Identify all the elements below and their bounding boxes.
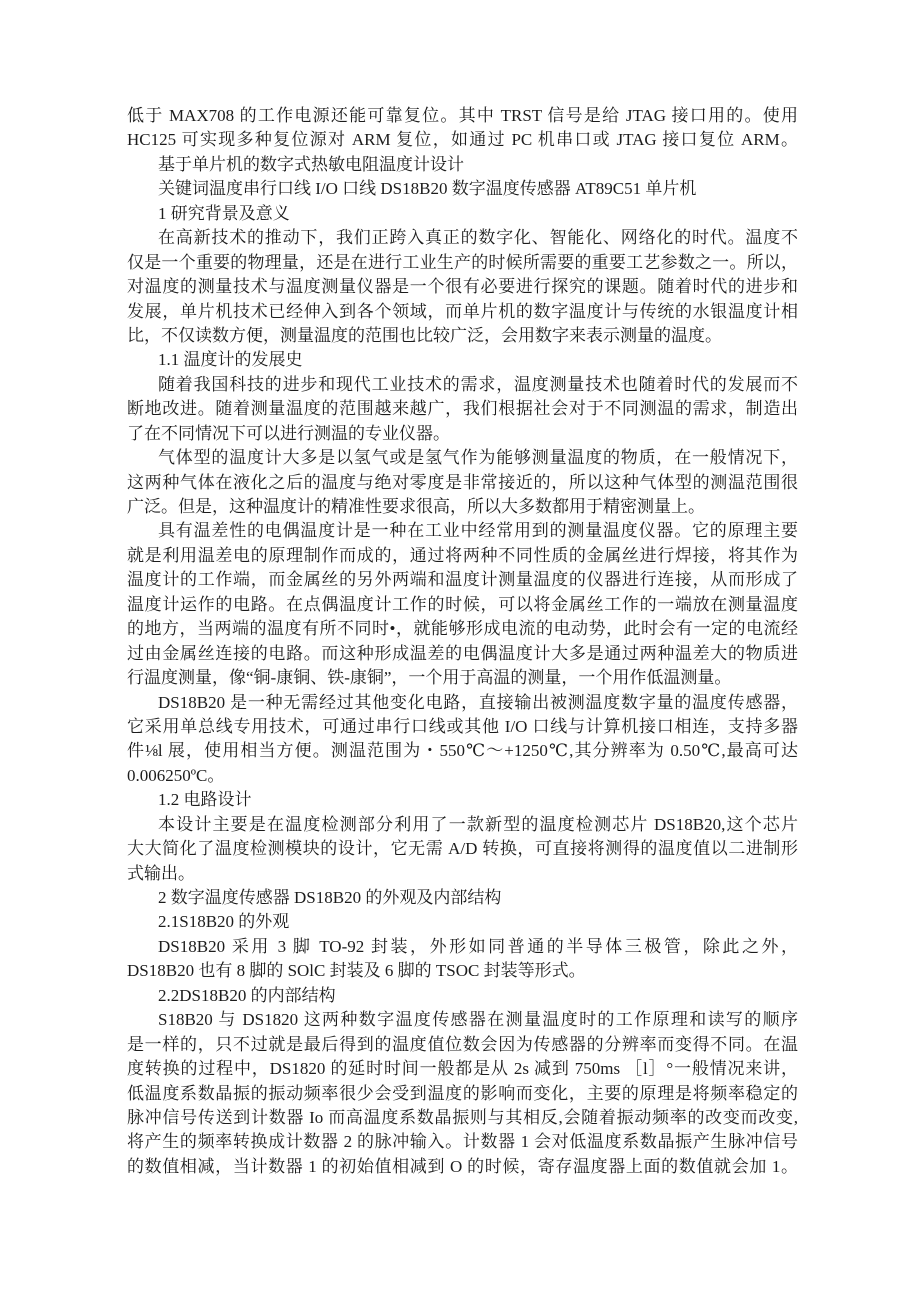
document-text-line: 它采用单总线专用技术，可通过串行口线或其他 I/O 口线与计算机接口相连，支持多… [127, 715, 798, 739]
document-text-line: 在高新技术的推动下，我们正跨入真正的数字化、智能化、网络化的时代。温度不 [127, 226, 798, 250]
document-text-line: DS18B20 也有 8 脚的 SOlC 封装及 6 脚的 TSOC 封装等形式… [127, 959, 798, 983]
document-text-line: 就是利用温差电的原理制作而成的，通过将两种不同性质的金属丝进行焊接，将其作为 [127, 544, 798, 568]
document-text-line: 件⅛l 展，使用相当方便。测温范围为・550℃～+1250℃,其分辨率为 0.5… [127, 739, 798, 763]
document-text-line: 气体型的温度计大多是以氢气或是氢气作为能够测量温度的物质，在一般情况下， [127, 446, 798, 470]
document-text-line: 的地方，当两端的温度有所不同时•，就能够形成电流的电动势，此时会有一定的电流经 [127, 617, 798, 641]
document-text-line: 具有温差性的电偶温度计是一种在工业中经常用到的测量温度仪器。它的原理主要 [127, 519, 798, 543]
document-text-line: 1 研究背景及意义 [127, 202, 798, 226]
document-text-line: 过由金属丝连接的电路。而这种形成温差的电偶温度计大多是通过两种温差大的物质进 [127, 642, 798, 666]
document-text-line: 2 数字温度传感器 DS18B20 的外观及内部结构 [127, 886, 798, 910]
document-text-line: DS18B20 采用 3 脚 TO-92 封装，外形如同普通的半导体三极管，除此… [127, 935, 798, 959]
document-text-line: 比，不仅读数方便，测量温度的范围也比较广泛，会用数字来表示测量的温度。 [127, 324, 798, 348]
document-text-line: 这两种气体在液化之后的温度与绝对零度是非常接近的，所以这种气体型的测温范围很 [127, 471, 798, 495]
document-text-line: 将产生的频率转换成计数器 2 的脉冲输入。计数器 1 会对低温度系数晶振产生脉冲… [127, 1130, 798, 1154]
document-text-line: 1.1 温度计的发展史 [127, 348, 798, 372]
document-text-line: 关键词温度串行口线 I/O 口线 DS18B20 数字温度传感器 AT89C51… [127, 177, 798, 201]
document-text-line: 1.2 电路设计 [127, 788, 798, 812]
document-text-line: 大大简化了温度检测模块的设计，它无需 A/D 转换，可直接将测得的温度值以二进制… [127, 837, 798, 861]
document-text-line: 2.1S18B20 的外观 [127, 910, 798, 934]
document-text-line: 随着我国科技的进步和现代工业技术的需求，温度测量技术也随着时代的发展而不 [127, 373, 798, 397]
document-text-line: 基于单片机的数字式热敏电阻温度计设计 [127, 153, 798, 177]
document-text-line: 广泛。但是，这种温度计的精准性要求很高，所以大多数都用于精密测量上。 [127, 495, 798, 519]
document-text-line: 温度计运作的电路。在点偶温度计工作的时候，可以将金属丝工作的一端放在测量温度 [127, 593, 798, 617]
document-text-line: 仅是一个重要的物理量，还是在进行工业生产的时候所需要的重要工艺参数之一。所以， [127, 251, 798, 275]
document-text-line: 对温度的测量技术与温度测量仪器是一个很有必要进行探究的课题。随着时代的进步和 [127, 275, 798, 299]
document-text-line: 断地改进。随着测量温度的范围越来越广，我们根据社会对于不同测温的需求，制造出 [127, 397, 798, 421]
document-text-line: 温度计的工作端，而金属丝的另外两端和温度计测量温度的仪器进行连接，从而形成了 [127, 568, 798, 592]
document-text-line: 脉冲信号传送到计数器 Io 而高温度系数晶振则与其相反,会随着振动频率的改变而改… [127, 1106, 798, 1130]
document-text-line: 了在不同情况下可以进行测温的专业仪器。 [127, 422, 798, 446]
document-text-line: 度转换的过程中，DS1820 的延时时间一般都是从 2s 减到 750ms ［l… [127, 1057, 798, 1081]
document-text-line: 低温度系数晶振的振动频率很少会受到温度的影响而变化，主要的原理是将频率稳定的 [127, 1082, 798, 1106]
document-text-line: 式输出。 [127, 862, 798, 886]
document-text-line: 低于 MAX708 的工作电源还能可靠复位。其中 TRST 信号是给 JTAG … [127, 104, 798, 128]
document-text-line: S18B20 与 DS1820 这两种数字温度传感器在测量温度时的工作原理和读写… [127, 1008, 798, 1032]
document-text-line: 是一样的，只不过就是最后得到的温度值位数会因为传感器的分辨率而变得不同。在温 [127, 1033, 798, 1057]
document-text-area: 低于 MAX708 的工作电源还能可靠复位。其中 TRST 信号是给 JTAG … [127, 104, 798, 1179]
document-text-line: 发展，单片机技术已经伸入到各个领域，而单片机的数字温度计与传统的水银温度计相 [127, 300, 798, 324]
document-page: 低于 MAX708 的工作电源还能可靠复位。其中 TRST 信号是给 JTAG … [0, 0, 920, 1301]
document-text-line: 本设计主要是在温度检测部分利用了一款新型的温度检测芯片 DS18B20,这个芯片 [127, 813, 798, 837]
document-text-line: DS18B20 是一种无需经过其他变化电路，直接输出被测温度数字量的温度传感器， [127, 691, 798, 715]
document-text-line: 的数值相减，当计数器 1 的初始值相减到 O 的时候，寄存温度器上面的数值就会加… [127, 1155, 798, 1179]
document-text-line: HC125 可实现多种复位源对 ARM 复位，如通过 PC 机串口或 JTAG … [127, 128, 798, 152]
document-text-line: 行温度测量，像“铜-康铜、铁-康铜”，一个用于高温的测量，一个用作低温测量。 [127, 666, 798, 690]
document-text-line: 2.2DS18B20 的内部结构 [127, 984, 798, 1008]
document-text-line: 0.006250ºC。 [127, 764, 798, 788]
